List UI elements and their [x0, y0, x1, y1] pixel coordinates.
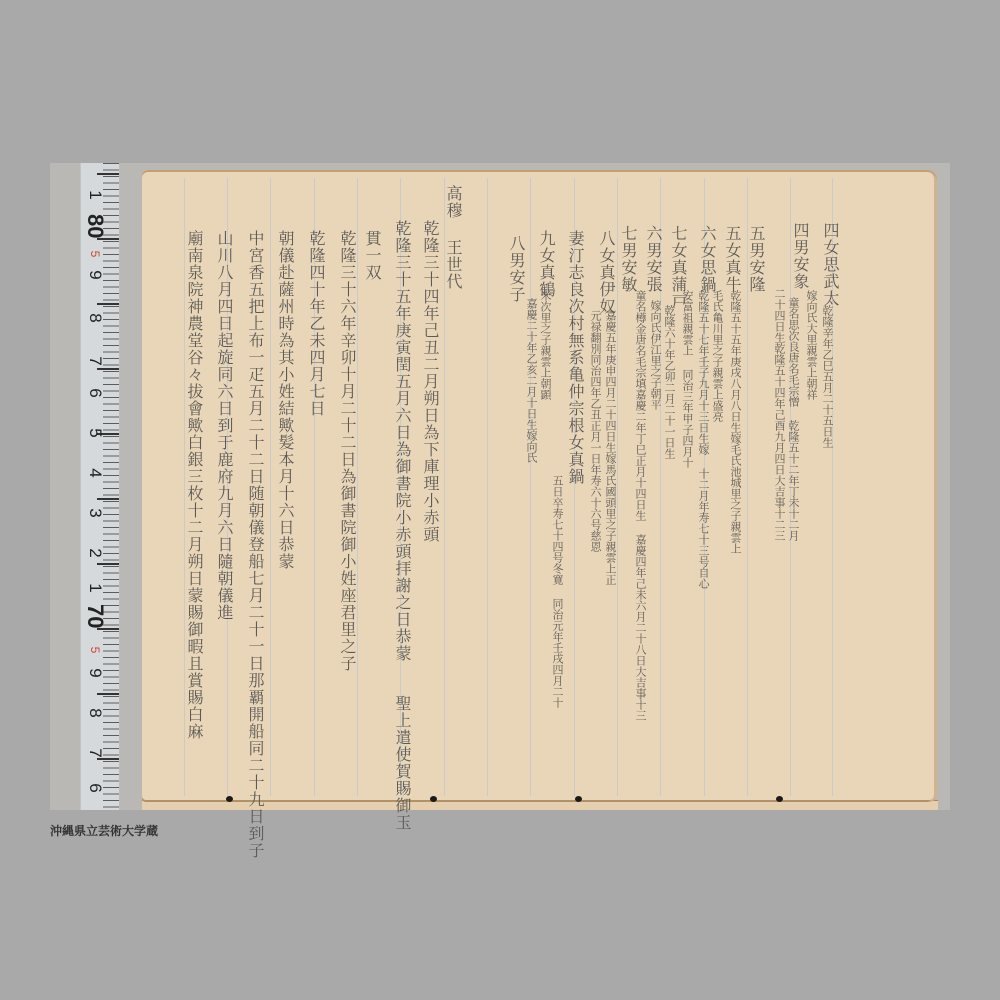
ruler-label: 8: [85, 306, 105, 330]
entry-heading: 六男安張: [645, 225, 661, 293]
measuring-ruler: 1 80 5 9 8 7 6 5 4 3 2 1 70 5 9 8 7 6: [80, 163, 120, 810]
entry-text: 廟南泉院神農堂谷々拔會歟白銀三枚十二月朔日蒙賜御暇且賞賜白麻: [186, 230, 202, 740]
ruled-line: [530, 178, 531, 796]
entry-note: 元禄翻別同治四年乙丑正月一日年寿六十六号慈恩: [590, 310, 601, 552]
ruler-major-tick: [97, 238, 119, 240]
ruler-label: 2: [85, 541, 105, 565]
entry-text: 貫一双: [364, 230, 380, 281]
entry-heading: 五男安隆: [748, 225, 764, 293]
ruled-line: [270, 178, 271, 796]
ruler-label: 5: [88, 638, 102, 662]
entry-text: 中宮香五把上布一疋五月二十二日随朝儀登船七月二十一日那覇開船同二十九日到子: [247, 230, 263, 859]
binding-hole: [430, 796, 437, 802]
ruler-major-tick: [97, 303, 119, 305]
collection-caption: 沖縄県立芸術大学蔵: [50, 822, 158, 839]
entry-note: 米次里之子親雲上朝顕: [540, 290, 551, 400]
ruler-label: 9: [85, 263, 105, 287]
ruler-label: 6: [85, 381, 105, 405]
entry-body: 乾隆五十五年庚戌八月八日生嫁毛氏池城里之子親雲上: [730, 290, 741, 554]
entry-text: 山川八月四日起旋同六日到于鹿府九月六日隨朝儀進: [216, 230, 232, 621]
ruler-label: 1: [85, 576, 105, 600]
entry-text: 聖上遣使賀賜御玉: [394, 695, 410, 831]
section-heading: 高穆 王世代: [445, 185, 461, 290]
entry-text: 朝儀赴薩州時為其小姓結歟髪本月十六日恭蒙: [277, 230, 293, 570]
ruler-label: 7: [85, 349, 105, 373]
entry-heading: 四男安象: [792, 222, 808, 290]
ruler-label: 5: [85, 421, 105, 445]
entry-body: 乾隆辛年乙巳五月二十五日生: [822, 305, 833, 448]
ruler-major-tick: [97, 693, 119, 695]
entry-text: 乾隆三十四年己丑二月朔日為下庫理小赤頭: [422, 220, 438, 543]
ruler-label: 6: [85, 776, 105, 800]
entry-heading: 八男安子: [508, 235, 524, 303]
entry-text: 乾隆四十年乙未四月七日: [308, 230, 324, 417]
ruler-label: 1: [85, 183, 105, 207]
entry-heading: 九女真鶴: [538, 230, 554, 298]
ruled-line: [487, 178, 488, 796]
entry-heading: 五女真牛: [724, 225, 740, 293]
entry-note: 毛氏亀川里之子親雲上盛亮: [712, 290, 723, 422]
entry-text: 乾隆三十五年庚寅閏五月六日為御書院小赤頭拝謝之日恭蒙: [394, 220, 410, 662]
entry-body: 乾隆五十七年壬子九月十三日生嫁 十二月年寿七十三号自心: [698, 290, 709, 589]
ruler-label: 70: [82, 604, 108, 628]
entry-body: 二十四日生乾隆五十四年己酉九月四日大吉事十二三: [774, 288, 785, 541]
ruled-line: [617, 178, 618, 796]
entry-heading: 七男安敏: [620, 225, 636, 293]
document-page: 四女思武太 乾隆辛年乙巳五月二十五日生 嫁向氏大里親雲上朝祥 四男安象 童名思次…: [142, 170, 937, 802]
entry-heading: 四女思武太: [822, 222, 838, 307]
entry-heading: 八女真伊奴: [598, 230, 614, 315]
entry-body: 童名樽金唐名毛宗填嘉慶二年丁巳正月十四日生 嘉慶四年己未六月二十八日大吉事十三: [635, 290, 646, 721]
ruler-major-tick: [97, 628, 119, 630]
entry-note: 童名思次良唐名毛宗憎 乾隆五十二年丁未十二月: [788, 297, 799, 541]
binding-hole: [226, 796, 233, 802]
ruler-label: 9: [85, 661, 105, 685]
binding-hole: [575, 796, 582, 802]
ruler-major-tick: [97, 498, 119, 500]
entry-body: 嘉慶五年庚申四月二十四日生嫁馬氏國頭里之子親雲上正: [605, 310, 616, 585]
ruled-line: [357, 178, 358, 796]
ruler-label: 7: [85, 741, 105, 765]
entry-note: 嫁向氏大里親雲上朝祥: [806, 290, 817, 400]
entry-note: 嫁向氏伊江里之子朝平: [650, 300, 661, 410]
ruler-major-tick: [97, 173, 119, 175]
entry-heading: 六女思鍋: [699, 225, 715, 293]
ruler-label: 80: [82, 214, 108, 238]
ruler-label: 3: [85, 501, 105, 525]
entry-heading: 妻汀志良次村無系亀仲宗根女真鍋: [567, 230, 583, 485]
ruler-ticks: [103, 163, 119, 810]
ruler-label: 4: [85, 461, 105, 485]
binding-hole: [776, 796, 783, 802]
entry-body: 乾隆六十年乙卯二月二十一日生: [664, 305, 675, 459]
entry-body: 五日卒寿七十四号冬寛 同治元年壬戌四月二十: [552, 475, 563, 708]
entry-note: 安富祖親雲上 同治三年甲子四月十: [682, 290, 693, 468]
entry-body: 嘉慶二十年乙亥二月十日生嫁向氏: [526, 298, 537, 463]
ruler-label: 8: [85, 701, 105, 725]
entry-text: 乾隆三十六年辛卯十月二十二日為御書院御小姓座君里之子: [339, 230, 355, 672]
